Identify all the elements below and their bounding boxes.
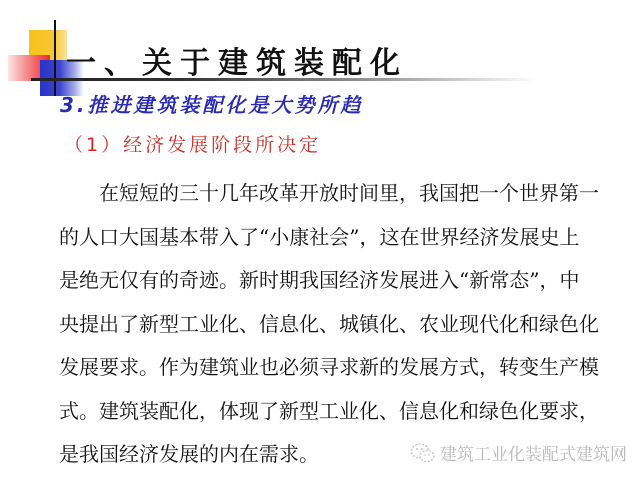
section-heading: 3.推进建筑装配化是大势所趋	[60, 89, 364, 118]
body-line: 央提出了新型工业化、信息化、城镇化、农业现代化和绿色化	[59, 303, 589, 347]
body-line: 式。建筑装配化，体现了新型工业化、信息化和绿色化要求，	[59, 390, 589, 434]
decorative-vertical-line	[54, 20, 56, 96]
watermark: 建筑工业化装配式建筑网	[410, 440, 627, 465]
body-line: 的人口大国基本带入了“小康社会”，这在世界经济发展史上	[59, 216, 589, 260]
body-line: 在短短的三十几年改革开放时间里，我国把一个世界第一	[59, 172, 589, 216]
slide-title: 一、关于建筑装配化	[66, 38, 408, 82]
subsection-heading: （1）经济发展阶段所决定	[64, 130, 321, 157]
body-line: 发展要求。作为建筑业也必须寻求新的发展方式，转变生产模	[59, 346, 589, 390]
slide: 一、关于建筑装配化 3.推进建筑装配化是大势所趋 （1）经济发展阶段所决定 在短…	[0, 0, 640, 480]
watermark-text: 建筑工业化装配式建筑网	[440, 440, 627, 465]
body-paragraph: 在短短的三十几年改革开放时间里，我国把一个世界第一 的人口大国基本带入了“小康社…	[59, 172, 589, 477]
body-line: 是绝无仅有的奇迹。新时期我国经济发展进入“新常态”，中	[59, 259, 589, 303]
wechat-icon	[410, 442, 436, 464]
